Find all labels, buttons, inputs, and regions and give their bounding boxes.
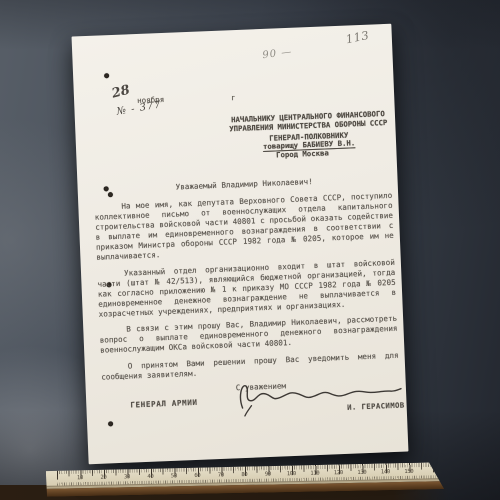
letter-body: Уважаемый Владимир Николаевич! На мое им…: [94, 174, 400, 399]
handwritten-doc-number: № - 377: [116, 99, 162, 117]
ruler-number: 80: [241, 472, 247, 478]
letter-paragraph: На мое имя, как депутата Верховного Сове…: [94, 191, 394, 263]
punch-hole: [104, 73, 109, 78]
signer-rank: ГЕНЕРАЛ АРМИИ: [130, 398, 198, 410]
letter-paragraphs: На мое имя, как депутата Верховного Сове…: [94, 191, 399, 382]
pencil-price-mark: 90 —: [262, 46, 293, 61]
typed-year-suffix: г: [231, 93, 236, 102]
letter-paragraph: В связи с этим прошу Вас, Владимир Никол…: [99, 314, 398, 356]
ruler-number: 110: [310, 471, 319, 477]
ruler-number: 150: [404, 469, 413, 475]
ruler-number: 120: [334, 470, 343, 476]
ruler-number: 10: [77, 475, 83, 481]
ruler-number: 100: [287, 471, 296, 477]
document-paper: 90 — 113 28 ноября г № - 377 НАЧАЛЬНИКУ …: [72, 24, 409, 464]
photo-of-document: 90 — 113 28 ноября г № - 377 НАЧАЛЬНИКУ …: [0, 0, 500, 500]
punch-hole: [108, 421, 113, 426]
ruler-number: 50: [171, 473, 177, 479]
ruler-number: 20: [100, 475, 106, 481]
ruler-number: 140: [381, 469, 390, 475]
letter-greeting: Уважаемый Владимир Николаевич!: [175, 174, 391, 193]
ruler-number: 30: [124, 474, 130, 480]
letter-paragraph: Указанный отдел организационно входит в …: [97, 257, 397, 319]
addressee-block: НАЧАЛЬНИКУ ЦЕНТРАЛЬНОГО ФИНАНСОВОГО УПРА…: [221, 110, 397, 163]
ruler-number: 40: [147, 474, 153, 480]
signature-ink: [231, 370, 405, 419]
ruler-number: 70: [218, 472, 224, 478]
ruler-number: 90: [265, 472, 271, 478]
pencil-page-number: 113: [345, 28, 371, 46]
ruler-number: 130: [357, 470, 366, 476]
ruler-number: 60: [194, 473, 200, 479]
handwritten-date-day: 28: [110, 83, 131, 102]
